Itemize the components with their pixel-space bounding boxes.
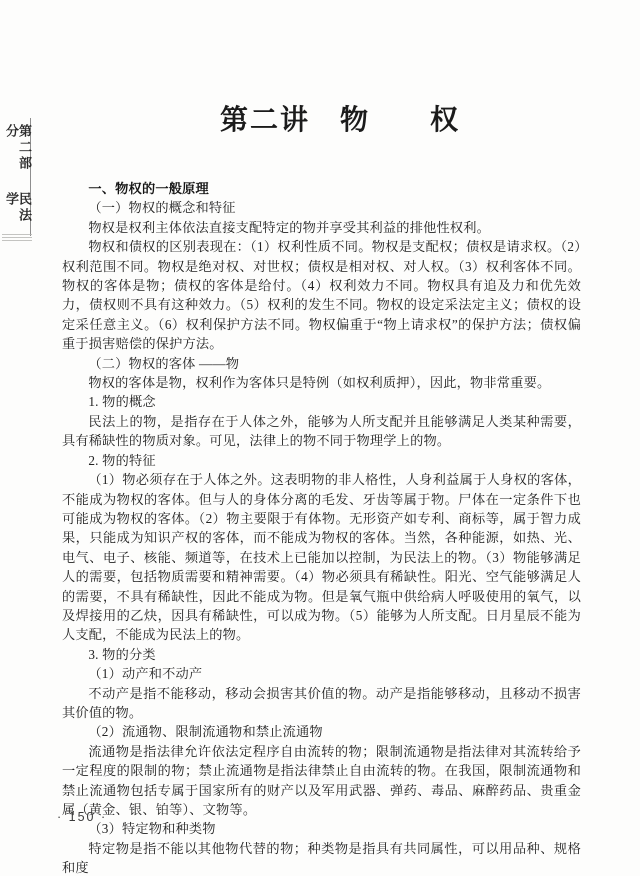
paragraph: 物权和债权的区别表现在：（1）权利性质不同。物权是支配权；债权是请求权。（2）权… <box>62 237 581 353</box>
paragraph: （1）物必须存在于人体之外。这表明物的非人格性，人身利益属于人身权的客体，不能成… <box>62 470 581 645</box>
chapter-title: 第二讲 物 权 <box>20 98 640 138</box>
paragraph: 物权的客体是物，权利作为客体只是特例（如权利质押），因此，物非常重要。 <box>62 373 581 392</box>
tab-bottom-shadow <box>2 234 32 243</box>
paragraph: 1. 物的概念 <box>62 392 581 411</box>
paragraph: 流通物是指法律允许依法定程序自由流转的物；限制流通物是指法律对其流转给予一定程度… <box>62 742 581 820</box>
paragraph: （1）动产和不动产 <box>62 664 581 683</box>
side-tab-subject-label: 民法学 <box>5 192 31 236</box>
paragraph: （二）物权的客体 ——物 <box>62 354 581 373</box>
book-page: 第二部分 民法学 第二讲 物 权 一、物权的一般原理（一）物权的概念和特征物权是… <box>0 0 640 876</box>
paragraph: 3. 物的分类 <box>62 645 581 664</box>
paragraph: 2. 物的特征 <box>62 451 581 470</box>
content-area: 一、物权的一般原理（一）物权的概念和特征物权是权利主体依法直接支配特定的物并享受… <box>62 179 581 876</box>
paragraph: 不动产是指不能移动，移动会损害其价值的物。动产是指能够移动，且移动不损害其价值的… <box>62 684 581 723</box>
paragraph: 特定物是指不能以其他物代替的物；种类物是指具有共同属性，可以用品种、规格和度 <box>62 839 581 876</box>
paragraph: 民法上的物，是指存在于人体之外，能够为人所支配并且能够满足人类某种需要，具有稀缺… <box>62 412 581 451</box>
paragraph: （3）特定物和种类物 <box>62 819 581 838</box>
paragraph: （2）流通物、限制流通物和禁止流通物 <box>62 722 581 741</box>
paragraph: 一、物权的一般原理 <box>62 179 581 198</box>
paragraph: 物权是权利主体依法直接支配特定的物并享受其利益的排他性权利。 <box>62 218 581 237</box>
page-number: · 150 · <box>57 810 107 824</box>
paragraph: （一）物权的概念和特征 <box>62 198 581 217</box>
